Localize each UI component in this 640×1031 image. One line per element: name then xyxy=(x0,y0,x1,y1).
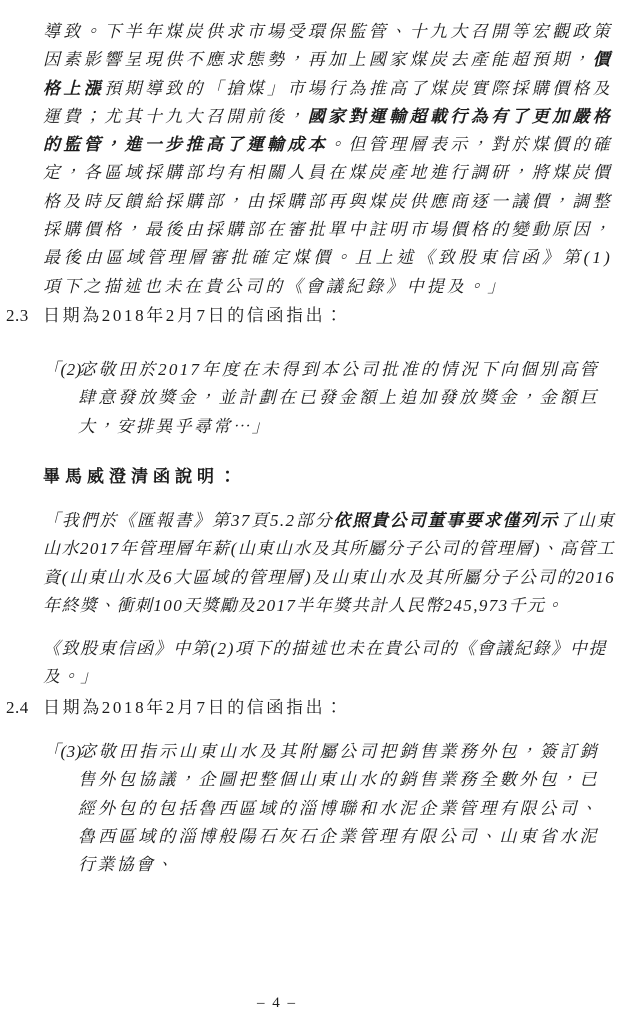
quote-text: 宓敬田指示山東山水及其附屬公司把銷售業務外包，簽訂銷售外包協議，企圖把整個山東山… xyxy=(78,742,599,874)
bold-emphasis-board-request: 依照貴公司董事要求僅列示 xyxy=(333,511,559,530)
document-page: 導致。下半年煤炭供求市場受環保監管、十九大召開等宏觀政策因素影響呈現供不應求態勢… xyxy=(0,0,640,1031)
quoted-paragraph-coal-market: 導致。下半年煤炭供求市場受環保監管、十九大召開等宏觀政策因素影響呈現供不應求態勢… xyxy=(43,18,613,301)
quote-text: 導致。下半年煤炭供求市場受環保監管、十九大召開等宏觀政策因素影響呈現供不應求態勢… xyxy=(43,22,613,69)
quote-item-marker: 「(3) xyxy=(43,738,78,766)
page-number: – 4 – xyxy=(257,995,297,1012)
section-item-2-4: 2.4日期為2018年2月7日的信函指出： xyxy=(6,694,614,722)
item-number: 2.4 xyxy=(6,694,43,722)
quote-note-line: 《致股東信函》中第(2)項下的描述也未在貴公司的《會議紀錄》中提及。」 xyxy=(43,635,631,692)
section-item-2-3: 2.3日期為2018年2月7日的信函指出： xyxy=(6,302,614,330)
quote-text: 「我們於《匯報書》第37頁5.2部分 xyxy=(43,511,333,530)
quoted-item-3: 「(3)宓敬田指示山東山水及其附屬公司把銷售業務外包，簽訂銷售外包協議，企圖把整… xyxy=(43,738,599,879)
quote-text: 宓敬田於2017年度在未得到本公司批准的情況下向個別高管肆意發放獎金，並計劃在已… xyxy=(78,360,599,436)
quote-item-marker: 「(2) xyxy=(43,356,78,384)
item-text: 日期為2018年2月7日的信函指出： xyxy=(43,306,345,325)
item-number: 2.3 xyxy=(6,302,43,330)
kpmg-clarification-heading: 畢馬威澄清函說明： xyxy=(43,463,603,491)
quoted-item-2: 「(2)宓敬田於2017年度在未得到本公司批准的情況下向個別高管肆意發放獎金，並… xyxy=(43,356,599,441)
quote-text: 。但管理層表示，對於煤價的確定，各區域採購部均有相關人員在煤炭產地進行調研，將煤… xyxy=(43,135,613,295)
item-text: 日期為2018年2月7日的信函指出： xyxy=(43,698,345,717)
kpmg-quote-paragraph: 「我們於《匯報書》第37頁5.2部分依照貴公司董事要求僅列示了山東山水2017年… xyxy=(43,507,615,620)
